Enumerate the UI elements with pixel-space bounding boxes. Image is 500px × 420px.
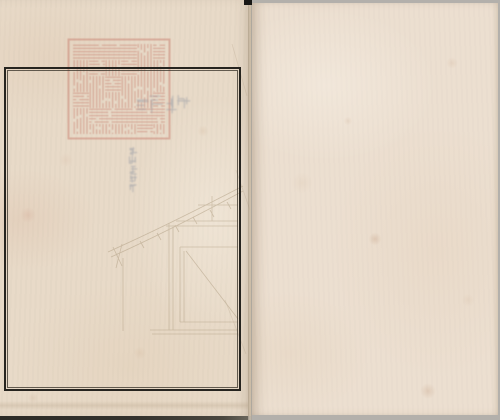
left-page-bottom-edge: [0, 416, 248, 420]
text-block-frame: [4, 67, 241, 391]
binding-mark: [244, 0, 252, 5]
left-page-bottom-crease: [0, 401, 248, 410]
text-block-frame-inner-rule: [7, 70, 238, 388]
scanned-book-spread: [0, 0, 500, 420]
center-fold: [248, 0, 252, 420]
right-page-blank: [252, 3, 498, 415]
